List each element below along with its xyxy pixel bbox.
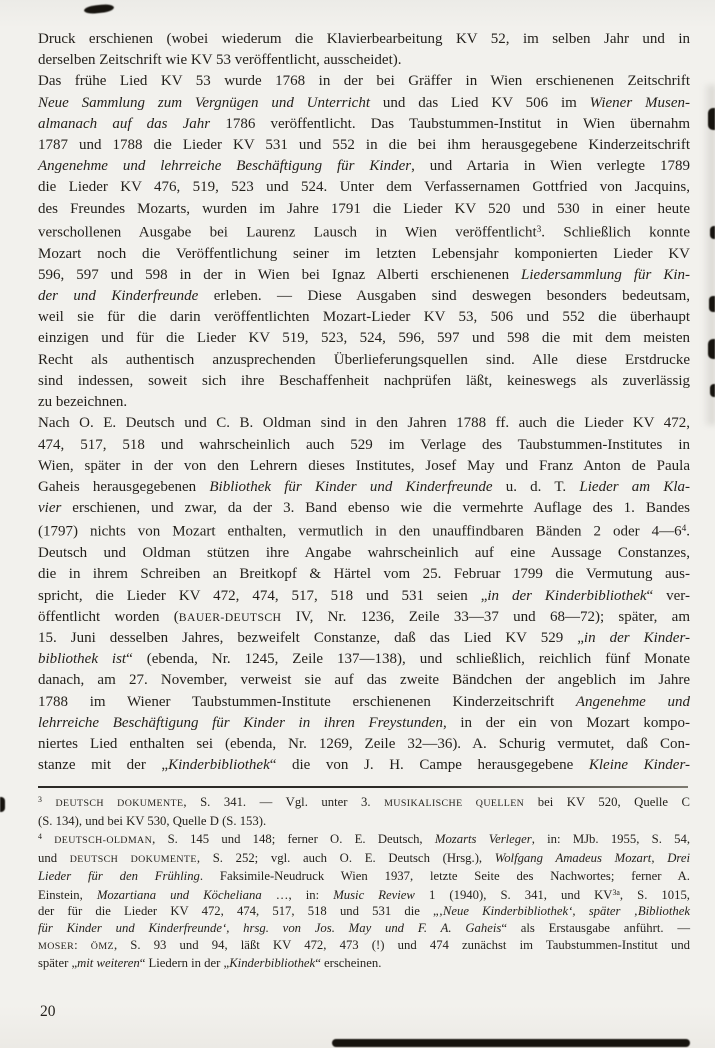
text-line: 1787 und 1788 die Lieder KV 531 und 552 …: [38, 135, 690, 156]
text-line: der für die Lieder KV 472, 474, 517, 518…: [38, 903, 690, 920]
footnote-separator-rule: [38, 786, 688, 788]
scan-artifact-right-edge-mark: [708, 339, 715, 359]
text-line: zu bezeichnen.: [38, 392, 690, 413]
scan-artifact-top-ink-mark: [84, 3, 115, 14]
text-line: derselben Zeitschrift wie KV 53 veröffen…: [38, 50, 690, 71]
text-line: verschollenen Ausgabe bei Laurenz Lausch…: [38, 220, 690, 244]
text-line: Lieder für den Frühling. Faksimile-Neudr…: [38, 868, 690, 885]
text-line: Angenehme und lehrreiche Beschäftigung f…: [38, 156, 690, 177]
text-line: Mozart noch die Veröffentlichung seiner …: [38, 244, 690, 265]
text-line: die Lieder KV 476, 519, 523 und 524. Unt…: [38, 177, 690, 198]
text-line: (S. 134), und bei KV 530, Quelle D (S. 1…: [38, 813, 690, 830]
text-line: öffentlicht worden (BAUER-DEUTSCH IV, Nr…: [38, 607, 690, 628]
text-line: vier erschienen, und zwar, da der 3. Ban…: [38, 498, 690, 519]
scanned-page: Druck erschienen (wobei wiederum die Kla…: [0, 0, 715, 1048]
main-text-block: Druck erschienen (wobei wiederum die Kla…: [38, 29, 690, 776]
text-line: Recht als authentisch anzusprechenden Üb…: [38, 350, 690, 371]
text-line: 3 DEUTSCH DOKUMENTE, S. 341. — Vgl. unte…: [38, 792, 690, 813]
text-line: Nach O. E. Deutsch und C. B. Oldman sind…: [38, 413, 690, 434]
text-line: sind indessen, soweit sich ihre Beschaff…: [38, 371, 690, 392]
page-number: 20: [40, 1003, 56, 1021]
scan-artifact-left-edge-mark: [0, 797, 5, 812]
text-line: almanach auf das Jahr 1786 veröffentlich…: [38, 114, 690, 135]
text-line: Wien, später in der von den Lehrern dies…: [38, 456, 690, 477]
scan-artifact-bottom-bar: [332, 1039, 690, 1047]
text-line: Gaheis herausgegebenen Bibliothek für Ki…: [38, 477, 690, 498]
text-line: 1788 im Wiener Taubstummen-Institute ers…: [38, 692, 690, 713]
text-line: 596, 597 und 598 in der in Wien bei Igna…: [38, 265, 690, 286]
text-line: niertes Lied enthalten sei (ebenda, Nr. …: [38, 734, 690, 755]
text-line: spricht, die Lieder KV 472, 474, 517, 51…: [38, 586, 690, 607]
text-line: Deutsch und Oldman stützen ihre Angabe w…: [38, 543, 690, 564]
text-line: des Freundes Mozarts, wurden im Jahre 17…: [38, 199, 690, 220]
scan-artifact-right-edge-mark: [710, 384, 715, 397]
text-line: Einstein, Mozartiana und Köcheliana …, i…: [38, 885, 690, 904]
text-line: 474, 517, 518 und wahrscheinlich auch 52…: [38, 435, 690, 456]
text-line: danach, am 27. November, verweist sie au…: [38, 670, 690, 691]
text-line: die in ihrem Schreiben an Breitkopf & Hä…: [38, 564, 690, 585]
text-line: später „mit weiteren“ Liedern in der „Ki…: [38, 955, 690, 972]
text-line: weil sie für die darin veröffentlichten …: [38, 307, 690, 328]
text-line: und DEUTSCH DOKUMENTE, S. 252; vgl. auch…: [38, 850, 690, 869]
scan-artifact-right-edge-mark: [709, 296, 715, 312]
scan-shadow: [703, 85, 715, 425]
scan-artifact-right-edge-mark: [708, 108, 715, 130]
text-line: 4 DEUTSCH-OLDMAN, S. 145 und 148; ferner…: [38, 829, 690, 850]
text-line: stanze mit der „Kinderbibliothek“ die vo…: [38, 755, 690, 776]
text-line: 15. Juni desselben Jahres, bezweifelt Co…: [38, 628, 690, 649]
text-line: (1797) nichts von Mozart enthalten, verm…: [38, 519, 690, 543]
text-line: Druck erschienen (wobei wiederum die Kla…: [38, 29, 690, 50]
text-line: für Kinder und Kinderfreunde‘, hrsg. von…: [38, 920, 690, 937]
text-line: einzigen und für die Lieder KV 519, 523,…: [38, 328, 690, 349]
text-line: der und Kinderfreunde erleben. — Diese A…: [38, 286, 690, 307]
text-line: lehrreiche Beschäftigung für Kinder in i…: [38, 713, 690, 734]
text-line: Das frühe Lied KV 53 wurde 1768 in der b…: [38, 71, 690, 92]
text-line: Neue Sammlung zum Vergnügen und Unterric…: [38, 93, 690, 114]
text-line: MOSER: ÖMZ, S. 93 und 94, läßt KV 472, 4…: [38, 937, 690, 956]
text-line: bibliothek ist“ (ebenda, Nr. 1245, Zeile…: [38, 649, 690, 670]
footnotes-block: 3 DEUTSCH DOKUMENTE, S. 341. — Vgl. unte…: [38, 792, 690, 972]
scan-artifact-right-edge-mark: [710, 226, 715, 239]
